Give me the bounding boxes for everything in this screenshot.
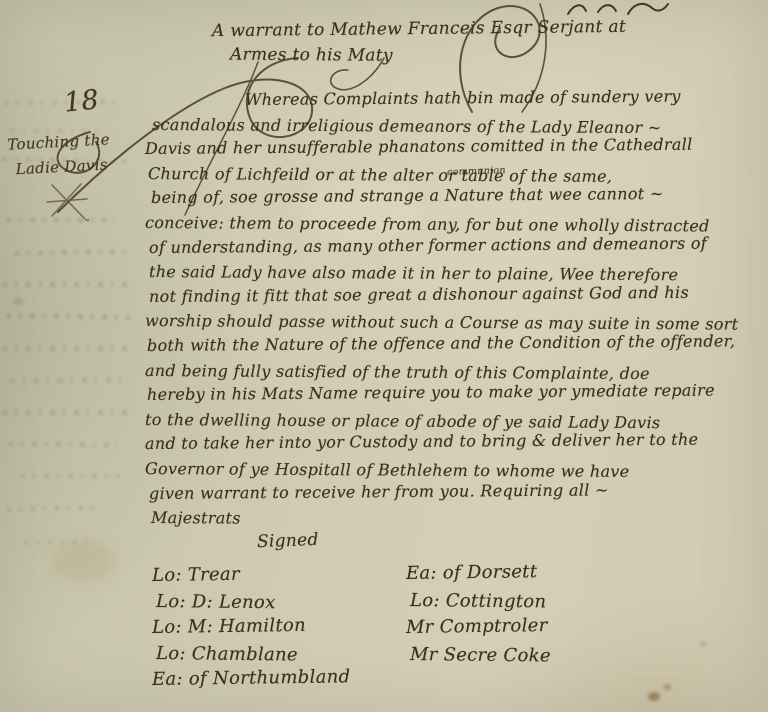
heading: A warrant to Mathew Franceis Esqr Serjan… [212, 16, 626, 70]
heading-line-2: Armes to his Maty [230, 42, 626, 72]
body-line: Majestrats [151, 506, 739, 534]
body-line: given warrant to receive her from you. R… [149, 477, 739, 506]
manuscript-page: A warrant to Mathew Franceis Esqr Serjan… [0, 0, 768, 712]
signature: Mr Comptroler [406, 612, 551, 641]
signature: Lo: Cottington [410, 587, 551, 615]
signatures-right-column: Ea: of Dorsett Lo: Cottington Mr Comptro… [406, 560, 551, 668]
body-line: not finding it fitt that soe great a dis… [149, 280, 739, 309]
signature: Lo: Trear [152, 560, 351, 589]
body-line: Davis and her unsufferable phanatons com… [145, 133, 739, 162]
paper-stain [52, 540, 116, 582]
foxing-spot [664, 684, 671, 690]
body-line: both with the Nature of the offence and … [147, 329, 739, 358]
signature: Mr Secre Coke [410, 641, 551, 669]
foxing-spot [14, 298, 23, 305]
foxing-spot [648, 692, 660, 701]
signature: Lo: M: Hamilton [152, 612, 351, 641]
body-line: hereby in his Mats Name require you to m… [147, 378, 739, 407]
margin-note-line-2: Ladie Davis [15, 152, 112, 182]
body-line: being of, soe grosse and strange a Natur… [151, 182, 739, 211]
interlinear-insertion: communion [447, 165, 506, 178]
signatures-left-column: Lo: Trear Lo: D: Lenox Lo: M: Hamilton L… [152, 563, 350, 693]
signed-label: Signed [257, 530, 319, 552]
foxing-spot [700, 641, 706, 646]
body-text: Whereas Complaints hath bin made of sund… [145, 88, 738, 531]
margin-note: Touching the Ladie Davis [7, 127, 112, 182]
body-line: Whereas Complaints hath bin made of sund… [245, 84, 739, 112]
signature: Ea: of Dorsett [406, 558, 551, 587]
heading-line-1: A warrant to Mathew Franceis Esqr Serjan… [212, 14, 626, 45]
folio-number: 18 [62, 84, 100, 118]
body-line: and to take her into yor Custody and to … [145, 428, 739, 457]
signature: Ea: of Northumbland [152, 664, 351, 693]
body-line: of understanding, as many other former a… [149, 231, 739, 260]
